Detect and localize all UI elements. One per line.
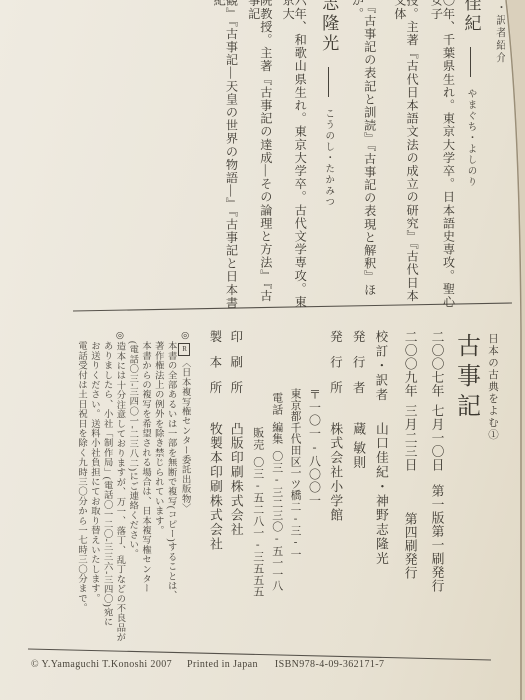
jrrc-notice-mark: ◎: [180, 330, 190, 341]
next-page-strip: [507, 0, 525, 700]
publisher-column: 発行所株式会社小学館: [329, 330, 342, 660]
book-colophon-page: ・訳者紹介 佳紀 やまぐち・よしのり 〇年、千葉県生れ。東京大学卒。日本語史専攻…: [0, 0, 525, 700]
phone-edit-number: 〇三-三二三〇-五一一八: [271, 450, 283, 591]
bindery-label: 製本所: [208, 330, 221, 422]
author1-bio-col-3: 』『古事記の表記と訓読』『古事記の表現と解釈』ほか。: [351, 0, 375, 310]
author2-bio-col-3: 観』『古事記―天皇の世界の物語―』『古事記と日本書紀: [213, 0, 237, 310]
phone-edit-label: 編集: [271, 421, 283, 444]
author1-kana: やまぐち・よしのり: [466, 89, 476, 188]
author2-name: 志隆光: [319, 0, 338, 54]
phone-sales-label: 販売: [252, 427, 264, 450]
jrrc-notice-col-5: (電話〇三-三四〇一-二三八二)にご連絡ください。: [127, 330, 136, 660]
editors-label: 校訂・訳者: [374, 330, 387, 422]
author1-name-dash-rule: [470, 47, 471, 77]
binding-notice-text-1: 造本には十分注意しておりますが、万一、落丁、乱丁などの不良品が: [114, 341, 124, 642]
phone-label: 電話: [271, 392, 283, 415]
phone-sales-number: 〇三-五二八一-三五五五: [252, 456, 264, 597]
publisher-person-value: 蔵 敏則: [351, 422, 365, 470]
fourth-printing-note: 第四刷発行: [403, 512, 417, 580]
phone-edit-column: 電話編集〇三-三二三〇-五一一八: [271, 330, 282, 660]
authors-intro-heading: ・訳者紹介: [495, 0, 506, 310]
publisher-label: 発行所: [329, 330, 342, 422]
jrrc-notice-text-1: 〈日本複写権センター委託出版物〉: [180, 358, 190, 513]
bindery-value: 牧製本印刷株式会社: [208, 422, 222, 552]
binding-notice-col-4: 電話受付は土日祝日を除く九時三〇分から一七時三〇分まで。: [76, 330, 85, 660]
first-printing-year: 二〇〇七年: [430, 330, 444, 398]
author1-name-column: 佳紀 やまぐち・よしのり: [463, 0, 480, 310]
author1-bio-col-2: 授。主著『古代日本語文法の成立の研究』『古代日本文体: [394, 0, 418, 310]
author1-name: 佳紀: [462, 0, 481, 34]
jrrc-notice-col-1: ◎R〈日本複写権センター委託出版物〉: [178, 330, 190, 660]
author2-bio-col-1: 六年、和歌山県生れ。東京大学卒。古代文学専攻。東京大: [282, 0, 306, 310]
publisher-value: 株式会社小学館: [328, 422, 342, 523]
printer-column: 印刷所凸版印刷株式会社: [229, 330, 242, 660]
authors-intro-section: ・訳者紹介 佳紀 やまぐち・よしのり 〇年、千葉県生れ。東京大学卒。日本語史専攻…: [205, 0, 505, 310]
printer-value: 凸版印刷株式会社: [229, 422, 243, 537]
copyright-line: © Y.Yamaguchi T.Konoshi 2007Printed in J…: [31, 659, 384, 670]
book-title: 古事記: [454, 330, 478, 660]
page-edge-line: [506, 0, 521, 700]
jrrc-notice-col-2: 本書の全部あるいは一部を無断で複写(コピー)することは、: [165, 330, 174, 660]
editors-value: 山口佳紀・神野志隆光: [374, 422, 388, 566]
editors-column: 校訂・訳者山口佳紀・神野志隆光: [374, 330, 387, 660]
binding-notice-col-3: お送りください。送料小社負担にてお取り替えいたします。: [89, 330, 98, 660]
copyright-credit: © Y.Yamaguchi T.Konoshi 2007: [31, 659, 172, 670]
fourth-printing-year: 二〇〇九年: [403, 330, 417, 398]
author2-name-column: 志隆光 こうのし・たかみつ: [320, 0, 337, 310]
author1-bio-col-1: 〇年、千葉県生れ。東京大学卒。日本語史専攻。聖心女子: [430, 0, 454, 310]
fourth-printing-column: 二〇〇九年三月二三日第四刷発行: [403, 330, 416, 660]
bindery-column: 製本所牧製本印刷株式会社: [208, 330, 221, 660]
fourth-printing-date: 三月二三日: [403, 404, 417, 472]
printer-label: 印刷所: [229, 330, 242, 422]
author2-kana: こうのし・たかみつ: [323, 109, 333, 208]
first-printing-column: 二〇〇七年七月一〇日第一版第一刷発行: [430, 330, 443, 660]
author2-bio-col-2: 院教授。主著『古事記の達成―その論理と方法』『古事記: [247, 0, 271, 310]
isbn: ISBN978-4-09-362171-7: [275, 659, 385, 670]
printed-in-japan: Printed in Japan: [187, 659, 258, 670]
binding-notice-col-1: ◎造本には十分注意しておりますが、万一、落丁、乱丁などの不良品が: [114, 330, 123, 660]
postal-code: 〒一〇一-八〇〇一: [309, 330, 321, 660]
colophon-section: 日本の古典をよむ① 古事記 二〇〇七年七月一〇日第一版第一刷発行 二〇〇九年三月…: [32, 330, 497, 660]
phone-sales-column: 販売〇三-五二八一-三五五五: [252, 330, 263, 660]
publisher-person-label: 発行者: [352, 330, 365, 422]
publisher-person-column: 発行者蔵 敏則: [351, 330, 364, 660]
jrrc-notice-col-3: 著作権法上の例外を除き禁じられています。: [153, 330, 162, 660]
binding-notice-mark: ◎: [114, 330, 124, 341]
first-printing-date: 七月一〇日: [430, 404, 444, 472]
first-printing-note: 第一版第一刷発行: [430, 484, 444, 593]
binding-notice-col-2: ありましたら、小社「制作局」(電話〇一二〇-三三六-三四〇)宛に: [101, 330, 110, 660]
jrrc-notice-col-4: 本書からの複写を希望される場合は、日本複写権センター: [140, 330, 149, 660]
publisher-address: 東京都千代田区一ツ橋二-三-一: [290, 330, 301, 660]
author2-name-dash-rule: [328, 67, 329, 97]
registered-r-mark: R: [178, 343, 190, 355]
series-title: 日本の古典をよむ①: [487, 330, 498, 660]
